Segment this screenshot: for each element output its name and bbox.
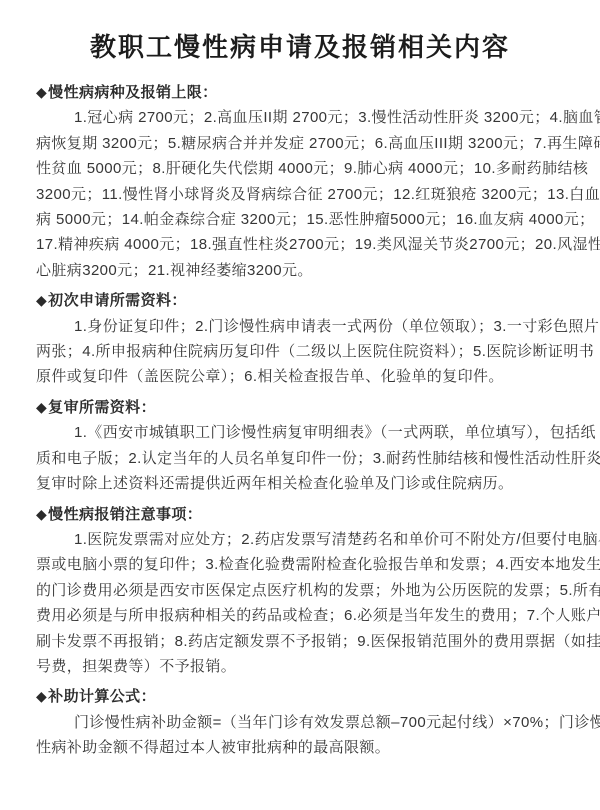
- diamond-bullet-icon: ◆: [36, 80, 47, 105]
- page-title: 教职工慢性病申请及报销相关内容: [0, 31, 600, 63]
- paragraph-line: 病恢复期 3200元；5.糖尿病合并并发症 2700元；6.高血压III期 32…: [36, 131, 566, 156]
- section-heading-text: 复审所需资料：: [48, 399, 156, 416]
- paragraph-line: 两张；4.所申报病种住院病历复印件（二级以上医院住院资料）；5.医院诊断证明书: [36, 339, 566, 364]
- paragraph-line: 3200元；11.慢性肾小球肾炎及肾病综合征 2700元；12.红斑狼疮 320…: [36, 182, 566, 207]
- diamond-bullet-icon: ◆: [36, 502, 47, 527]
- section-reimbursement-notes: ◆慢性病报销注意事项： 1.医院发票需对应处方；2.药店发票写清楚药名和单价可不…: [36, 502, 566, 680]
- paragraph-line: 的门诊费用必须是西安市医保定点医疗机构的发票；外地为公历医院的发票；5.所有: [36, 578, 566, 603]
- section-heading: ◆慢性病报销注意事项：: [36, 502, 566, 527]
- section-heading-text: 初次申请所需资料：: [48, 292, 187, 309]
- paragraph-line: 心脏病3200元；21.视神经萎缩3200元。: [36, 258, 566, 283]
- paragraph-line: 性贫血 5000元；8.肝硬化失代偿期 4000元；9.肺心病 4000元；10…: [36, 156, 566, 181]
- document-page: 教职工慢性病申请及报销相关内容 ◆慢性病病种及报销上限： 1.冠心病 2700元…: [0, 0, 600, 810]
- diamond-bullet-icon: ◆: [36, 395, 47, 420]
- document-content: ◆慢性病病种及报销上限： 1.冠心病 2700元；2.高血压II期 2700元；…: [36, 80, 566, 761]
- paragraph-line: 原件或复印件（盖医院公章）；6.相关检查报告单、化验单的复印件。: [36, 364, 566, 389]
- paragraph-line: 性病补助金额不得超过本人被审批病种的最高限额。: [36, 735, 566, 760]
- paragraph-line: 复审时除上述资料还需提供近两年相关检查化验单及门诊或住院病历。: [36, 471, 566, 496]
- section-heading-text: 慢性病病种及报销上限：: [48, 84, 217, 101]
- section-heading: ◆初次申请所需资料：: [36, 288, 566, 313]
- paragraph-line: 1.身份证复印件；2.门诊慢性病申请表一式两份（单位领取）；3.一寸彩色照片: [36, 314, 566, 339]
- paragraph-line: 病 5000元；14.帕金森综合症 3200元；15.恶性肿瘤5000元；16.…: [36, 207, 566, 232]
- section-heading-text: 慢性病报销注意事项：: [48, 506, 202, 523]
- section-heading: ◆复审所需资料：: [36, 395, 566, 420]
- paragraph-line: 票或电脑小票的复印件；3.检查化验费需附检查化验报告单和发票；4.西安本地发生: [36, 552, 566, 577]
- section-first-application: ◆初次申请所需资料： 1.身份证复印件；2.门诊慢性病申请表一式两份（单位领取）…: [36, 288, 566, 390]
- paragraph-line: 1.冠心病 2700元；2.高血压II期 2700元；3.慢性活动性肝炎 320…: [36, 105, 566, 130]
- paragraph-line: 刷卡发票不再报销；8.药店定额发票不予报销；9.医保报销范围外的费用票据（如挂: [36, 629, 566, 654]
- diamond-bullet-icon: ◆: [36, 684, 47, 709]
- section-heading-text: 补助计算公式：: [48, 688, 156, 705]
- section-disease-limits: ◆慢性病病种及报销上限： 1.冠心病 2700元；2.高血压II期 2700元；…: [36, 80, 566, 283]
- section-heading: ◆补助计算公式：: [36, 684, 566, 709]
- diamond-bullet-icon: ◆: [36, 288, 47, 313]
- paragraph-line: 质和电子版；2.认定当年的人员名单复印件一份；3.耐药性肺结核和慢性活动性肝炎: [36, 446, 566, 471]
- section-review-materials: ◆复审所需资料： 1.《西安市城镇职工门诊慢性病复审明细表》（一式两联，单位填写…: [36, 395, 566, 497]
- paragraph-line: 门诊慢性病补助金额=（当年门诊有效发票总额–700元起付线）×70%；门诊慢: [36, 710, 566, 735]
- paragraph-line: 1.《西安市城镇职工门诊慢性病复审明细表》（一式两联，单位填写），包括纸: [36, 420, 566, 445]
- section-subsidy-formula: ◆补助计算公式： 门诊慢性病补助金额=（当年门诊有效发票总额–700元起付线）×…: [36, 684, 566, 760]
- paragraph-line: 费用必须是与所申报病种相关的药品或检查；6.必须是当年发生的费用；7.个人账户: [36, 603, 566, 628]
- paragraph-line: 号费，担架费等）不予报销。: [36, 654, 566, 679]
- paragraph-line: 17.精神疾病 4000元；18.强直性柱炎2700元；19.类风湿关节炎270…: [36, 232, 566, 257]
- section-heading: ◆慢性病病种及报销上限：: [36, 80, 566, 105]
- paragraph-line: 1.医院发票需对应处方；2.药店发票写清楚药名和单价可不附处方/但要付电脑小: [36, 527, 566, 552]
